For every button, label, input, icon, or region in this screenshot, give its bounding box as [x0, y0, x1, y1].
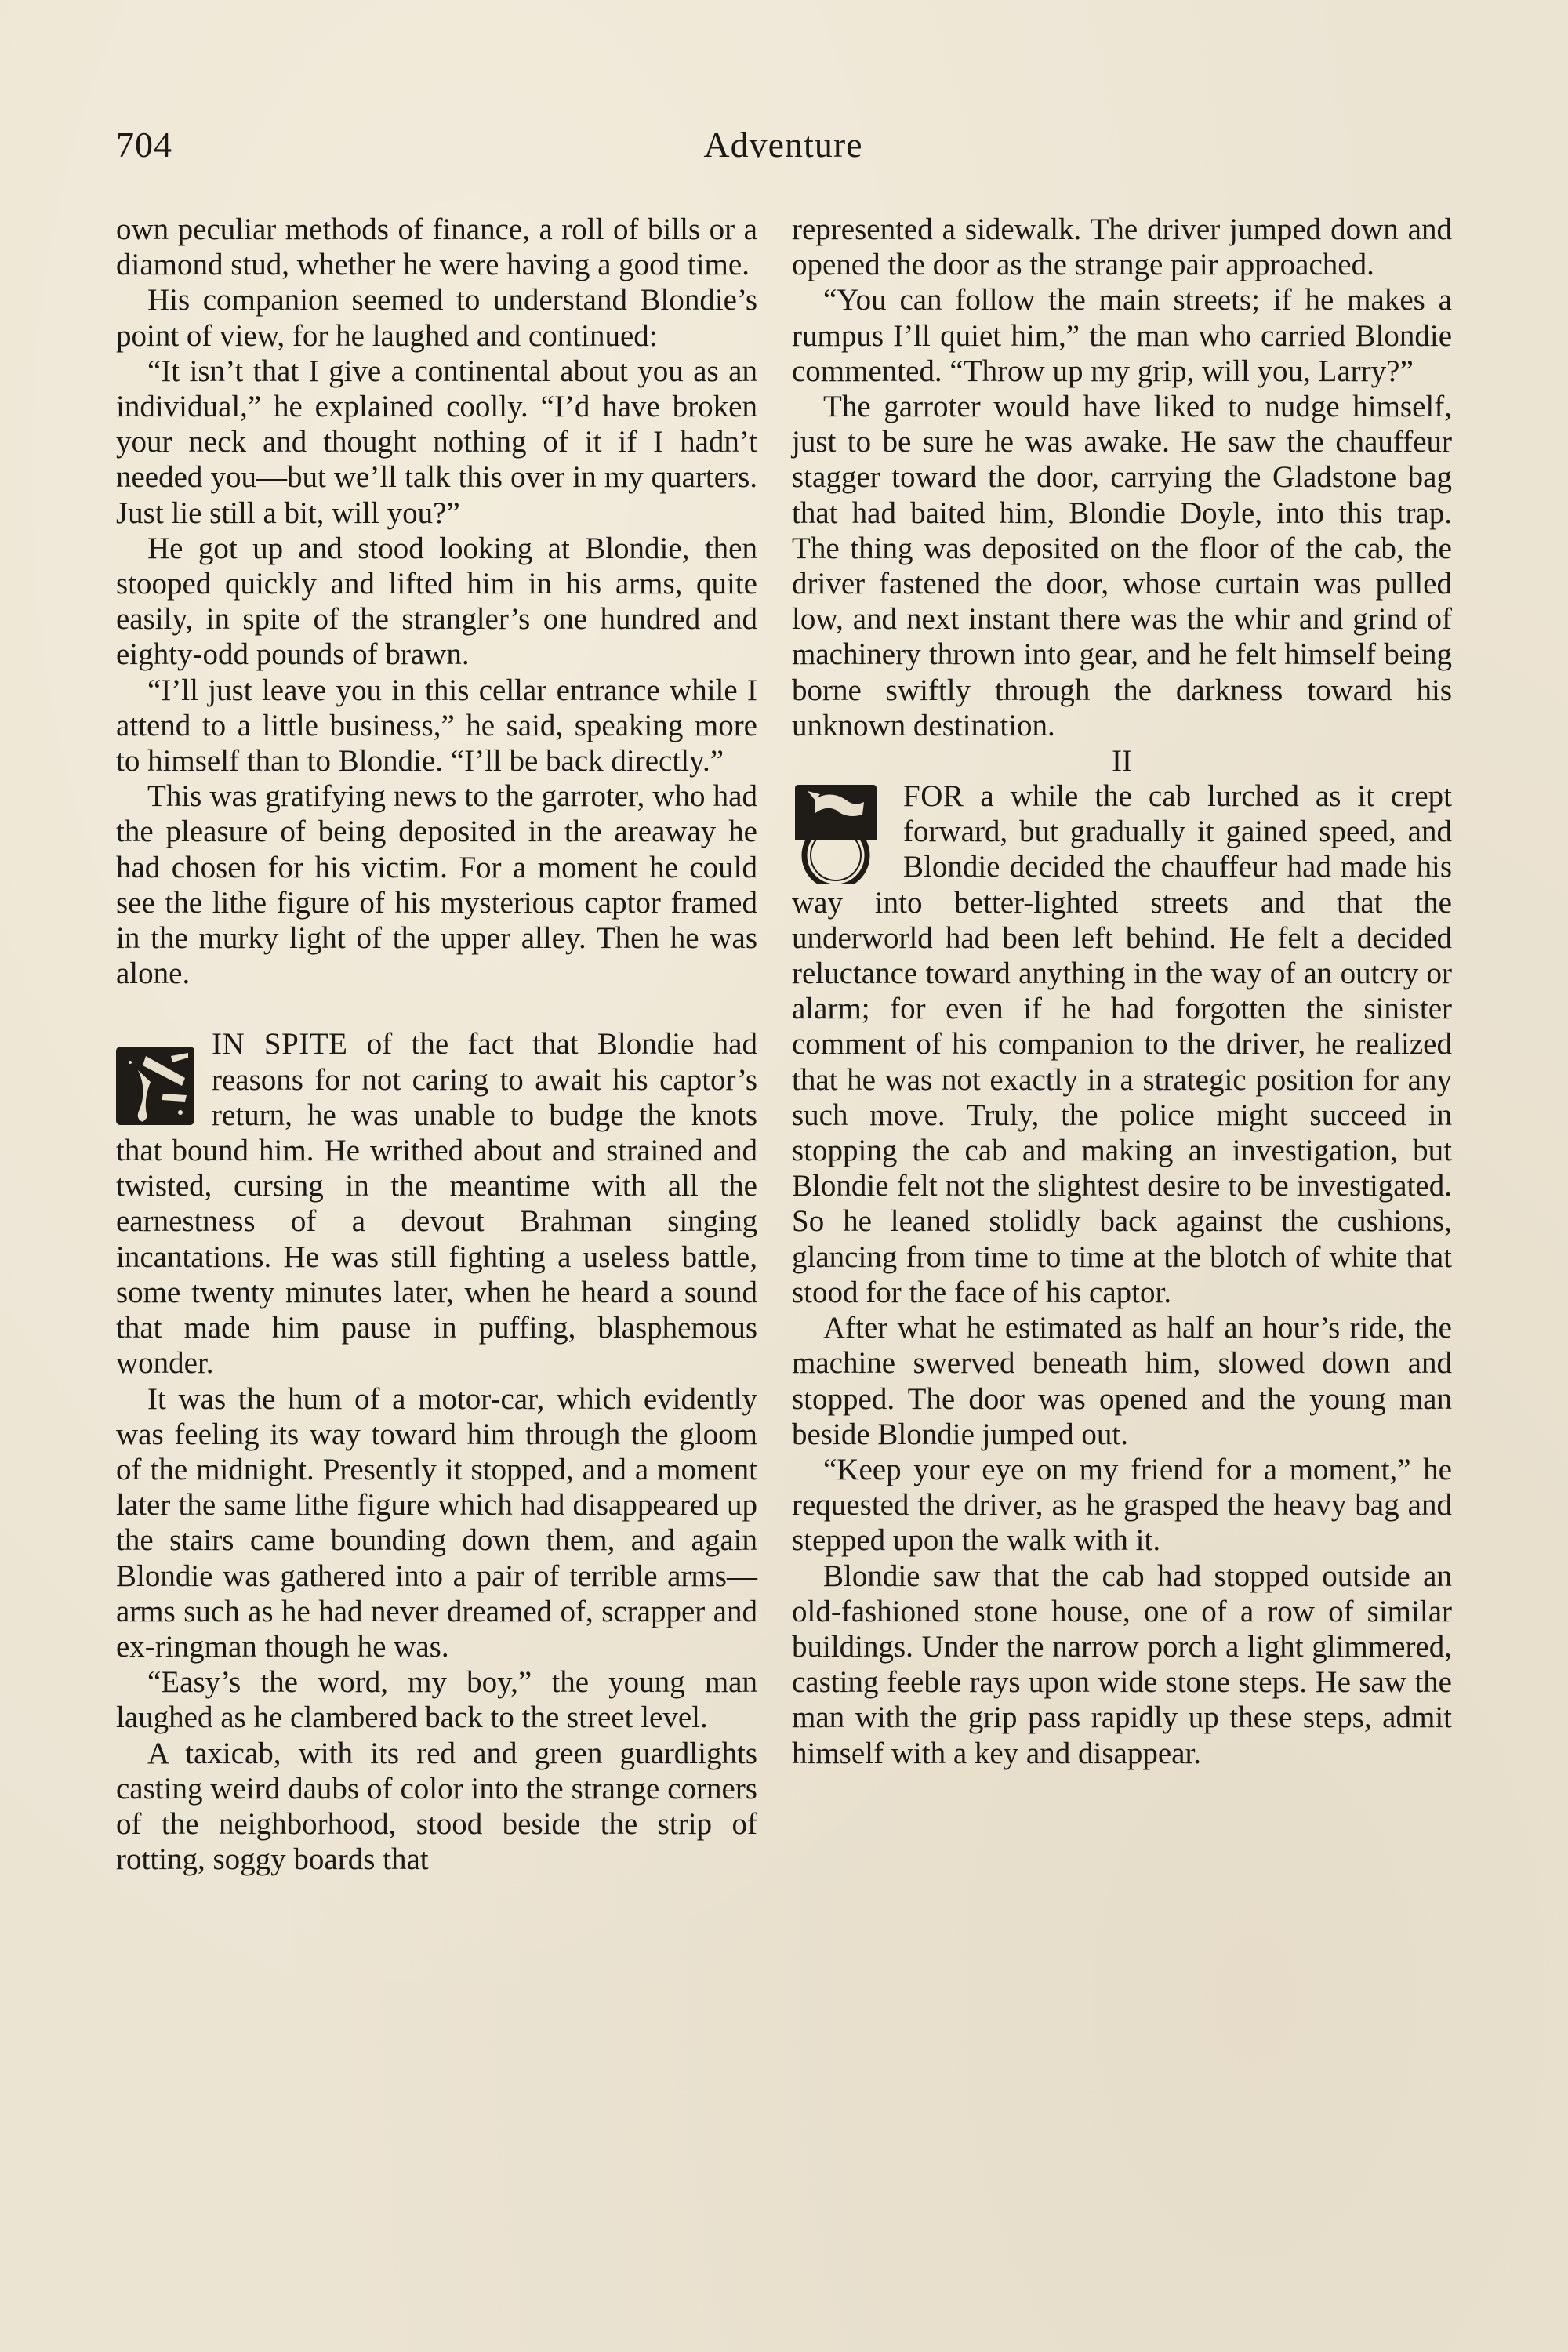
page-header: 704 Adventure: [116, 124, 1450, 171]
section-break: [116, 991, 757, 1026]
dropcap-lead-text: IN SPITE: [212, 1027, 347, 1061]
paragraph: own peculiar methods of finance, a roll …: [116, 212, 757, 282]
ornamental-initial-I-icon: [116, 1047, 194, 1125]
paragraph-text: a while the cab lurched as it crept forw…: [792, 779, 1452, 1309]
section-number: II: [792, 743, 1452, 779]
left-column: own peculiar methods of finance, a roll …: [116, 212, 757, 1877]
running-title: Adventure: [116, 124, 1450, 165]
paragraph: “I’ll just leave you in this cellar entr…: [116, 673, 757, 779]
paragraph: After what he estimated as half an hour’…: [792, 1310, 1452, 1452]
paragraph: This was gratifying news to the garroter…: [116, 779, 757, 991]
paragraph-with-dropcap: IN SPITE of the fact that Blondie had re…: [116, 1026, 757, 1381]
paragraph: “Keep your eye on my friend for a moment…: [792, 1452, 1452, 1559]
paragraph: He got up and stood looking at Blondie, …: [116, 531, 757, 673]
right-column: represented a sidewalk. The driver jumpe…: [792, 212, 1452, 1771]
paragraph: Blondie saw that the cab had stopped out…: [792, 1559, 1452, 1771]
paragraph-with-dropcap: FOR a while the cab lurched as it crept …: [792, 779, 1452, 1310]
paragraph: “Easy’s the word, my boy,” the young man…: [116, 1664, 757, 1735]
paragraph: “It isn’t that I give a continental abou…: [116, 354, 757, 531]
paragraph: “You can follow the main streets; if he …: [792, 282, 1452, 389]
paragraph: represented a sidewalk. The driver jumpe…: [792, 212, 1452, 282]
paragraph: His companion seemed to understand Blond…: [116, 282, 757, 353]
paragraph: The garroter would have liked to nudge h…: [792, 389, 1452, 743]
paragraph: A taxicab, with its red and green guardl…: [116, 1736, 757, 1878]
paragraph: It was the hum of a motor-car, which evi…: [116, 1381, 757, 1665]
paragraph-text: of the fact that Blondie had reasons for…: [116, 1027, 757, 1380]
dropcap-lead-text: FOR: [903, 779, 964, 813]
ornamental-initial-S-icon: [792, 783, 886, 884]
